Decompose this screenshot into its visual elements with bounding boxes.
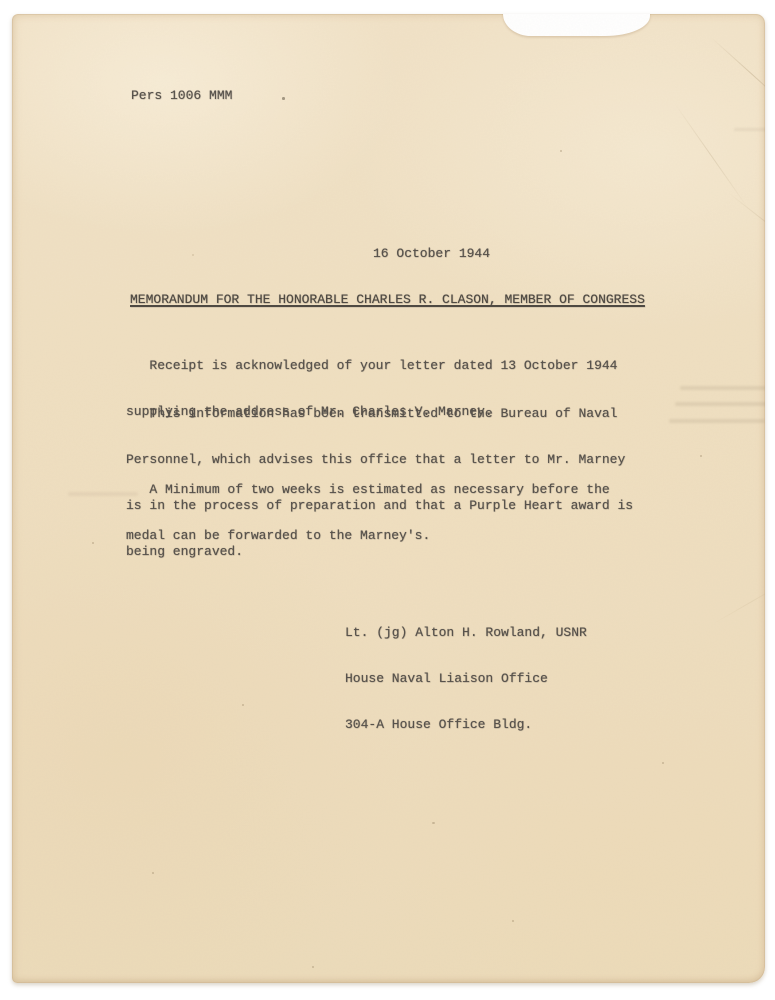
ink-smudge <box>669 419 765 423</box>
memo-heading: MEMORANDUM FOR THE HONORABLE CHARLES R. … <box>130 292 645 307</box>
signature-block: Lt. (jg) Alton H. Rowland, USNR House Na… <box>345 594 587 763</box>
signature-address: 304-A House Office Bldg. <box>345 717 587 732</box>
paragraph-3-line-2: medal can be forwarded to the Marney's. <box>126 528 610 543</box>
ink-smudge <box>734 128 765 131</box>
paper-crease <box>710 36 765 114</box>
paper-torn-notch <box>503 14 650 36</box>
ink-smudge <box>675 402 765 406</box>
paper-speck <box>312 966 314 968</box>
scan-background: Pers 1006 MMM 16 October 1944 MEMORANDUM… <box>0 0 775 1000</box>
paper-crease <box>728 192 765 245</box>
document-page: Pers 1006 MMM 16 October 1944 MEMORANDUM… <box>12 14 765 983</box>
signature-office: House Naval Liaison Office <box>345 671 587 686</box>
paragraph-1-line-1: Receipt is acknowledged of your letter d… <box>126 358 617 373</box>
signature-name: Lt. (jg) Alton H. Rowland, USNR <box>345 625 587 640</box>
paper-speck <box>192 254 194 256</box>
paper-speck <box>432 822 435 824</box>
paragraph-3-line-1: A Minimum of two weeks is estimated as n… <box>126 482 610 497</box>
paper-crease <box>712 579 765 625</box>
paper-speck <box>560 150 562 152</box>
paper-speck <box>242 704 244 706</box>
paragraph-3: A Minimum of two weeks is estimated as n… <box>126 451 610 574</box>
paper-speck <box>512 920 514 922</box>
paper-speck <box>152 872 154 874</box>
ink-smudge <box>680 386 765 390</box>
reference-number: Pers 1006 MMM <box>131 88 232 103</box>
paper-speck <box>92 542 94 544</box>
paper-speck <box>662 762 664 764</box>
paper-speck <box>282 97 285 100</box>
paper-crease <box>674 102 749 209</box>
date-line: 16 October 1944 <box>373 246 490 261</box>
paragraph-2-line-1: This information has been transmitted to… <box>126 406 633 421</box>
paper-speck <box>700 455 702 457</box>
